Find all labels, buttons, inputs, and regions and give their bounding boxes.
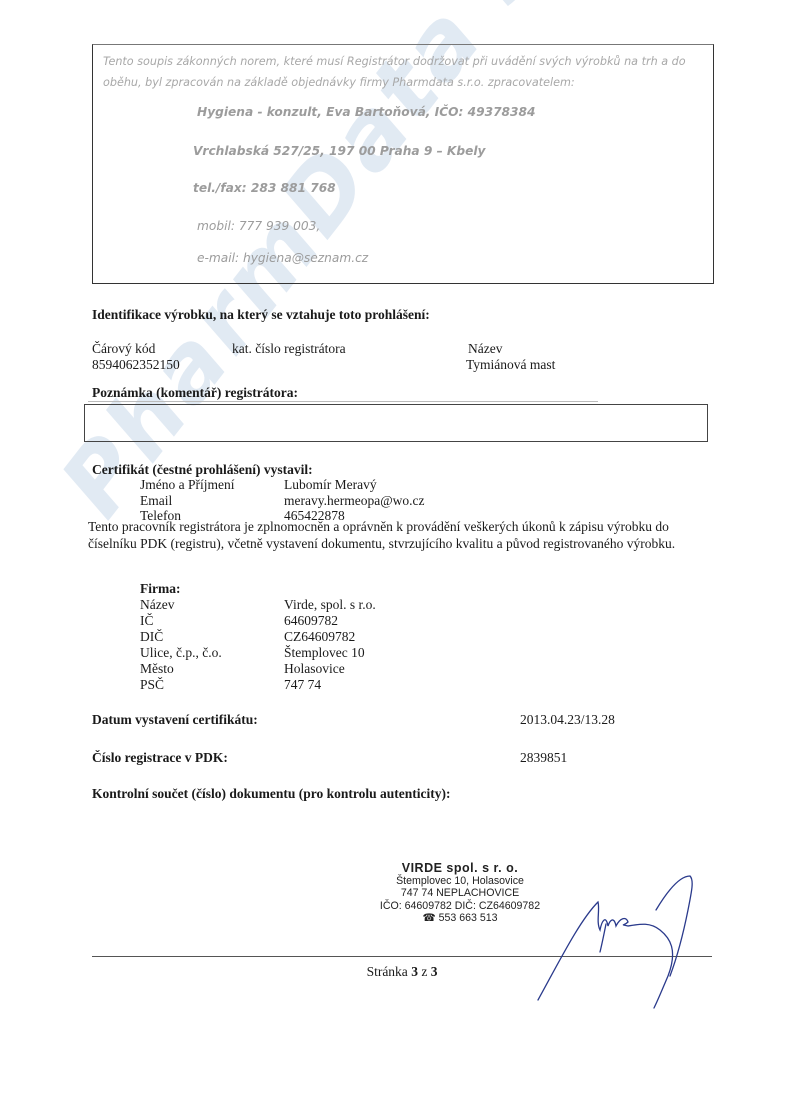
company-city-label: Město [140, 661, 174, 677]
company-city-value: Holasovice [284, 661, 345, 677]
company-name-label: Název [140, 597, 174, 613]
note-section-heading: Poznámka (komentář) registrátora: [92, 385, 298, 401]
product-name-value: Tymiánová mast [466, 357, 555, 373]
company-zip-label: PSČ [140, 677, 164, 693]
checksum-label: Kontrolní součet (číslo) dokumentu (pro … [92, 786, 451, 802]
barcode-label: Čárový kód [92, 341, 155, 357]
pdk-registration-label: Číslo registrace v PDK: [92, 750, 228, 766]
issue-date-label: Datum vystavení certifikátu: [92, 712, 258, 728]
product-name-label: Název [468, 341, 502, 357]
barcode-value: 8594062352150 [92, 357, 180, 373]
processor-address: Vrchlabská 527/25, 197 00 Praha 9 – Kbel… [193, 144, 485, 158]
processor-email: e-mail: hygiena@seznam.cz [197, 251, 368, 265]
processor-mobile: mobil: 777 939 003, [197, 219, 320, 233]
company-dic-label: DIČ [140, 629, 163, 645]
issuer-email-value: meravy.hermeopa@wo.cz [284, 493, 425, 509]
issuer-email-label: Email [140, 493, 172, 509]
issuer-name-value: Lubomír Meravý [284, 477, 377, 493]
issuer-name-label: Jméno a Příjmení [140, 477, 235, 493]
page-total: 3 [431, 964, 438, 979]
processor-telfax: tel./fax: 283 881 768 [193, 181, 336, 195]
authorization-statement: Tento pracovník registrátora je zplnomoc… [88, 519, 688, 552]
issuer-section-heading: Certifikát (čestné prohlášení) vystavil: [92, 462, 313, 478]
pdk-registration-value: 2839851 [520, 750, 567, 766]
issue-date-value: 2013.04.23/13.28 [520, 712, 615, 728]
telephone-icon: ☎ [422, 912, 435, 924]
company-street-value: Štemplovec 10 [284, 645, 365, 661]
page-separator: z [421, 964, 427, 979]
note-heading-underline [88, 401, 598, 402]
stamp-phone: 553 663 513 [439, 912, 498, 924]
registrar-note-box [84, 404, 708, 442]
handwritten-signature [520, 860, 720, 1010]
company-ic-label: IČ [140, 613, 154, 629]
page-prefix: Stránka [367, 964, 408, 979]
company-ic-value: 64609782 [284, 613, 338, 629]
company-dic-value: CZ64609782 [284, 629, 355, 645]
company-street-label: Ulice, č.p., č.o. [140, 645, 222, 661]
company-section-heading: Firma: [140, 581, 180, 597]
product-section-heading: Identifikace výrobku, na který se vztahu… [92, 307, 430, 323]
processor-info-box: Tento soupis zákonných norem, které musí… [92, 44, 714, 284]
catalog-number-label: kat. číslo registrátora [232, 341, 346, 357]
processor-intro-text: Tento soupis zákonných norem, které musí… [103, 51, 707, 93]
processor-company: Hygiena - konzult, Eva Bartoňová, IČO: 4… [197, 105, 535, 119]
page-current: 3 [411, 964, 418, 979]
company-zip-value: 747 74 [284, 677, 321, 693]
company-name-value: Virde, spol. s r.o. [284, 597, 376, 613]
